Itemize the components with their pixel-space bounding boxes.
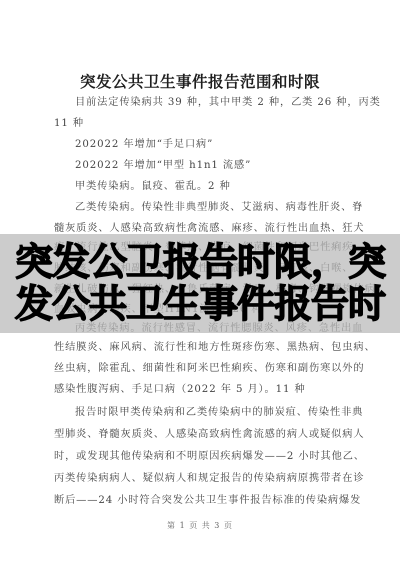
headline-line-2: 发公共卫生事件报告时 [0,284,400,324]
headline-banner: 病、流行性乙型脑炎、登革热、炭疽、细菌性和阿米巴性痢疾、 肺结核、伤寒和副伤寒、… [0,234,400,333]
document-title: 突发公共卫生事件报告范围和时限 [0,70,400,92]
body-line: 11 种 [54,117,354,131]
body-line: 时，或发现其他传染病和不明原因疾病爆发——2 小时其他乙、 [54,450,354,464]
page-number: 第 1 页 共 3 页 [0,520,400,531]
headline-line-1: 突发公卫报告时限，突 [0,242,400,282]
body-line: 202022 年增加“手足口病” [75,138,355,152]
body-line: 断后——24 小时符合突发公共卫生事件报告标准的传染病爆发 [54,494,354,508]
body-line: 丝虫病，除霍乱、细菌性和阿米巴性痢疾、伤寒和副伤寒以外的 [54,362,354,376]
body-line: 型肺炎、脊髓灰质炎、人感染高致病性禽流感的病人或疑似病人 [54,428,354,442]
body-line: 感染性腹泻病、手足口病（2022 年 5 月）。11 种 [54,383,354,397]
body-line: 甲类传染病。鼠疫、霍乱。2 种 [75,180,355,194]
body-line: 202022 年增加“甲型 h1n1 流感” [75,159,355,173]
body-line: 报告时限甲类传染病和乙类传染病中的肺炭疽、传染性非典 [75,406,355,420]
body-line: 丙类传染病病人、疑似病人和规定报告的传染病病原携带者在诊 [54,472,354,486]
body-line: 性结膜炎、麻风病、流行性和地方性斑疹伤寒、黑热病、包虫病、 [54,341,354,355]
body-line: 乙类传染病。传染性非典型肺炎、艾滋病、病毒性肝炎、脊 [75,201,355,215]
body-line: 目前法定传染病共 39 种，其中甲类 2 种，乙类 26 种，丙类 [75,96,355,110]
